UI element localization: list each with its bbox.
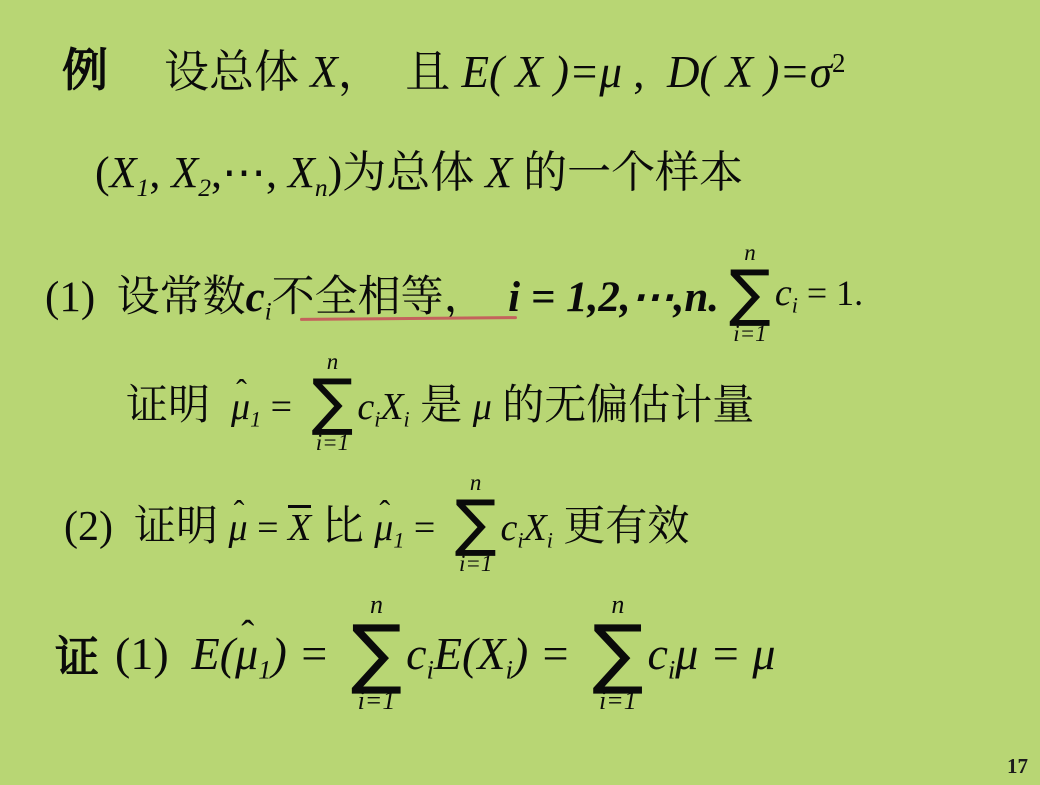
math-sigma: σ (810, 47, 832, 97)
subscript-i: i (505, 654, 512, 684)
math-X: X (171, 148, 198, 197)
cjk-text: 更有效 (553, 504, 690, 550)
comma: , (149, 148, 171, 197)
math-c: c (357, 386, 374, 428)
math-X: X (380, 386, 403, 428)
subscript-i: i (265, 298, 272, 325)
sigma-symbol: ∑ (312, 373, 354, 430)
sum-lower-limit: i=1 (459, 552, 492, 575)
summation: n∑i=1 (729, 241, 771, 344)
math-index-range: i = 1,2,⋯,n. (487, 274, 719, 321)
line-claim-unbiased: 证明 ˆμ1 = n∑i=1ciXi 是 μ 的无偏估计量 (126, 344, 754, 460)
proof-label: 证 (55, 621, 99, 685)
math-E-of-X: E(X (434, 628, 506, 679)
cjk-text: (2) 证明 (64, 504, 228, 550)
math-E-open: E( (192, 628, 235, 679)
math-X: X (485, 148, 512, 197)
ellipsis: ,⋯, (211, 148, 288, 197)
hat-accent: ˆ (234, 496, 245, 528)
cjk-text: 是 (410, 383, 473, 429)
sum-lower-limit: i=1 (358, 688, 396, 714)
math-mu: μ (473, 386, 492, 428)
hat-accent: ˆ (379, 496, 390, 528)
proof-tail: ciμ = μ (647, 627, 775, 680)
line-condition: (1) 设常数ci不全相等， i = 1,2,⋯,n.n∑i=1ci = 1. (45, 232, 863, 354)
x-bar: X (288, 505, 311, 549)
claim-lead: 证明 ˆμ1 = (126, 372, 302, 432)
equals: = (404, 507, 444, 549)
paren-close: ) (328, 148, 343, 197)
subscript-one: 1 (258, 654, 271, 684)
math-mu: μ (599, 47, 622, 97)
page-number: 17 (1007, 754, 1028, 779)
proof-lead: (1) E(ˆμ1) = (115, 627, 341, 680)
summation: n∑i=1 (592, 592, 643, 714)
subscript-n: n (315, 173, 328, 202)
paren-close-equals: ) = (272, 628, 341, 679)
paren-close-equals: ) = (513, 628, 582, 679)
sigma-symbol: ∑ (729, 264, 771, 321)
item-number: (1) (115, 628, 192, 679)
math-c: c (501, 507, 518, 549)
math-mu-result: μ = μ (675, 628, 775, 679)
cjk-text: 的一个样本 (512, 148, 743, 197)
summation: n∑i=1 (351, 592, 402, 714)
summation: n∑i=1 (455, 471, 497, 574)
math-expectation: E( X )= (462, 47, 600, 97)
proof-middle: ciE(Xi) = (406, 627, 582, 680)
mu-hat: ˆμ (228, 506, 247, 550)
equals: = (248, 507, 288, 549)
cjk-text: 比 (311, 504, 374, 550)
superscript-two: 2 (832, 48, 846, 78)
sigma-symbol: ∑ (351, 618, 402, 688)
sigma-symbol: ∑ (455, 494, 497, 551)
claim-tail: ciXi 是 μ 的无偏估计量 (357, 372, 754, 432)
math-variance: D( X )= (667, 47, 810, 97)
sum-lower-limit: i=1 (599, 688, 637, 714)
hat-accent: ˆ (236, 375, 247, 407)
sum-equals-one: ci = 1. (775, 271, 863, 315)
cjk-text: 设常数 (117, 274, 246, 321)
subscript-one: 1 (250, 407, 261, 432)
item-number: (1) (45, 274, 117, 321)
equals-one: = 1. (798, 273, 863, 313)
mu-hat: ˆμ (231, 385, 250, 429)
cjk-text: 的无偏估计量 (492, 383, 755, 429)
efficiency-lead: (2) 证明 ˆμ = X 比 ˆμ1 = (64, 493, 445, 553)
subscript-i: i (427, 654, 434, 684)
equals: = (261, 386, 301, 428)
math-X: X (524, 507, 547, 549)
example-label: 例 (62, 34, 108, 100)
line-claim-efficiency: (2) 证明 ˆμ = X 比 ˆμ1 = n∑i=1ciXi 更有效 (64, 460, 689, 586)
paren-open: ( (95, 148, 110, 197)
math-c: c (647, 628, 667, 679)
math-X: X (310, 47, 338, 97)
condition-text: (1) 设常数ci不全相等， i = 1,2,⋯,n. (45, 263, 719, 324)
sum-lower-limit: i=1 (316, 431, 349, 454)
sigma-symbol: ∑ (592, 618, 643, 688)
cjk-text: 为总体 (342, 148, 485, 197)
cjk-text: 设总体 (164, 47, 310, 97)
hat-accent: ˆ (241, 615, 254, 654)
cjk-text: 不全相等， (272, 274, 487, 321)
cjk-text: 证明 (126, 383, 231, 429)
sample-formula: (X1, X2,⋯, Xn)为总体 X 的一个样本 (95, 136, 743, 200)
summation: n∑i=1 (312, 350, 354, 453)
mu-hat: ˆμ (374, 506, 393, 550)
comma: , (622, 47, 667, 97)
line-sample: (X1, X2,⋯, Xn)为总体 X 的一个样本 (95, 136, 743, 200)
sum-lower-limit: i=1 (733, 322, 766, 345)
setup-formula: 设总体 X， 且 E( X )=μ , D( X )=σ2 (164, 35, 845, 100)
math-c: c (246, 274, 265, 321)
subscript-one: 1 (393, 528, 404, 553)
math-X: X (288, 148, 315, 197)
mu-hat: ˆμ (235, 627, 258, 680)
line-population-setup: 例设总体 X， 且 E( X )=μ , D( X )=σ2 (62, 34, 845, 100)
slide: 例设总体 X， 且 E( X )=μ , D( X )=σ2 (X1, X2,⋯… (0, 0, 1040, 785)
math-c: c (775, 272, 792, 314)
line-proof-step: 证(1) E(ˆμ1) = n∑i=1ciE(Xi) = n∑i=1ciμ = … (55, 582, 776, 724)
cjk-text: ， 且 (338, 47, 462, 97)
math-X: X (110, 148, 137, 197)
subscript-one: 1 (137, 173, 150, 202)
math-X: X (288, 507, 311, 549)
math-c: c (406, 628, 426, 679)
efficiency-tail: ciXi 更有效 (501, 493, 690, 553)
subscript-two: 2 (198, 173, 211, 202)
